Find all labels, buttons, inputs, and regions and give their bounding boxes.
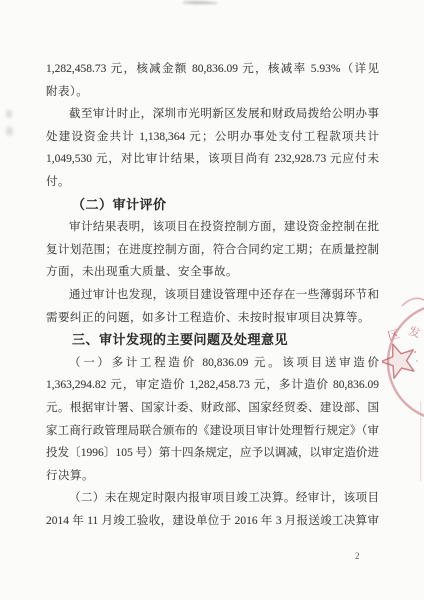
seal-arc-hook: [402, 298, 424, 306]
page-number: 2: [355, 551, 360, 561]
text-line: （一）多计工程造价 80,836.09 元。该项目送审造价: [46, 352, 379, 375]
text-line: 复计划范围；在进度控制方面，符合合同约定工期；在质量控制: [46, 239, 379, 262]
text-line: 通过审计也发现，该项目建设管理中还存在一些薄弱环节和: [46, 284, 379, 307]
seal-star-icon: [382, 344, 414, 378]
seal-ink-speck: [416, 360, 418, 362]
seal-edge-line: [420, 401, 421, 481]
text-line: 方面，未出现重大质量、安全事故。: [46, 261, 379, 284]
text-line: 投发〔1996〕105 号）第十四条规定，应予以调减，以审定造价进: [46, 442, 379, 465]
paragraph: （一）多计工程造价 80,836.09 元。该项目送审造价 1,363,294.…: [46, 352, 379, 488]
scan-smudge-top: [183, 0, 217, 6]
paragraph: 1,282,458.73 元，核减金额 80,836.09 元，核减率 5.93…: [46, 58, 379, 103]
text-line: 付。: [46, 171, 379, 194]
heading-line: 三、审计发现的主要问题及处理意见: [46, 329, 379, 352]
text-line: 截至审计时止，深圳市光明新区发展和财政局拨给公明办事: [46, 103, 379, 126]
text-line: 处建设资金共计 1,138,364 元；公明办事处支付工程款项共计: [46, 126, 379, 149]
text-line: 2014 年 11 月竣工验收，建设单位于 2016 年 3 月报送竣工决算审: [46, 510, 379, 533]
text-line: 家工商行政管理局联合颁布的《建设项目审计处理暂行规定》（审: [46, 420, 379, 443]
paragraph: 截至审计时止，深圳市光明新区发展和财政局拨给公明办事 处建设资金共计 1,138…: [46, 103, 379, 193]
text-line: 审计结果表明，该项目在投资控制方面，建设资金控制在批: [46, 216, 379, 239]
text-line: 需要纠正的问题，如多计工程造价、未按时报审项目决算等。: [46, 307, 379, 330]
heading-line: （二）审计评价: [46, 194, 379, 217]
scan-smudge-left-1: [4, 108, 14, 120]
text-line: 1,363,294.82 元，审定造价 1,282,458.73 元，多计造价 …: [46, 374, 379, 397]
seal-ink-speck: [414, 351, 416, 353]
text-line: 1,282,458.73 元，核减金额 80,836.09 元，核减率 5.93…: [46, 58, 379, 81]
text-line: 元。根据审计署、国家计委、财政部、国家经贸委、建设部、国: [46, 397, 379, 420]
text-line: 1,049,530 元，对比审计结果，该项目尚有 232,928.73 元应付未: [46, 148, 379, 171]
section-heading: 三、审计发现的主要问题及处理意见: [46, 329, 379, 352]
text-line: 行决算。: [46, 465, 379, 488]
official-seal-stamp: 区 发: [382, 295, 424, 495]
document-body: 1,282,458.73 元，核减金额 80,836.09 元，核减率 5.93…: [46, 58, 379, 532]
scanned-document-page: 1,282,458.73 元，核减金额 80,836.09 元，核减率 5.93…: [0, 0, 424, 600]
paragraph: 审计结果表明，该项目在投资控制方面，建设资金控制在批 复计划范围；在进度控制方面…: [46, 216, 379, 284]
text-line: 附表）。: [46, 81, 379, 104]
seal-ring-char-partial: 发: [407, 324, 422, 341]
paragraph: （二）未在规定时限内报审项目竣工决算。经审计，该项目 2014 年 11 月竣工…: [46, 487, 379, 532]
text-line: （二）未在规定时限内报审项目竣工决算。经审计，该项目: [46, 487, 379, 510]
paragraph: 通过审计也发现，该项目建设管理中还存在一些薄弱环节和 需要纠正的问题，如多计工程…: [46, 284, 379, 329]
section-heading: （二）审计评价: [46, 194, 379, 217]
scan-smudge-left-2: [4, 124, 15, 138]
